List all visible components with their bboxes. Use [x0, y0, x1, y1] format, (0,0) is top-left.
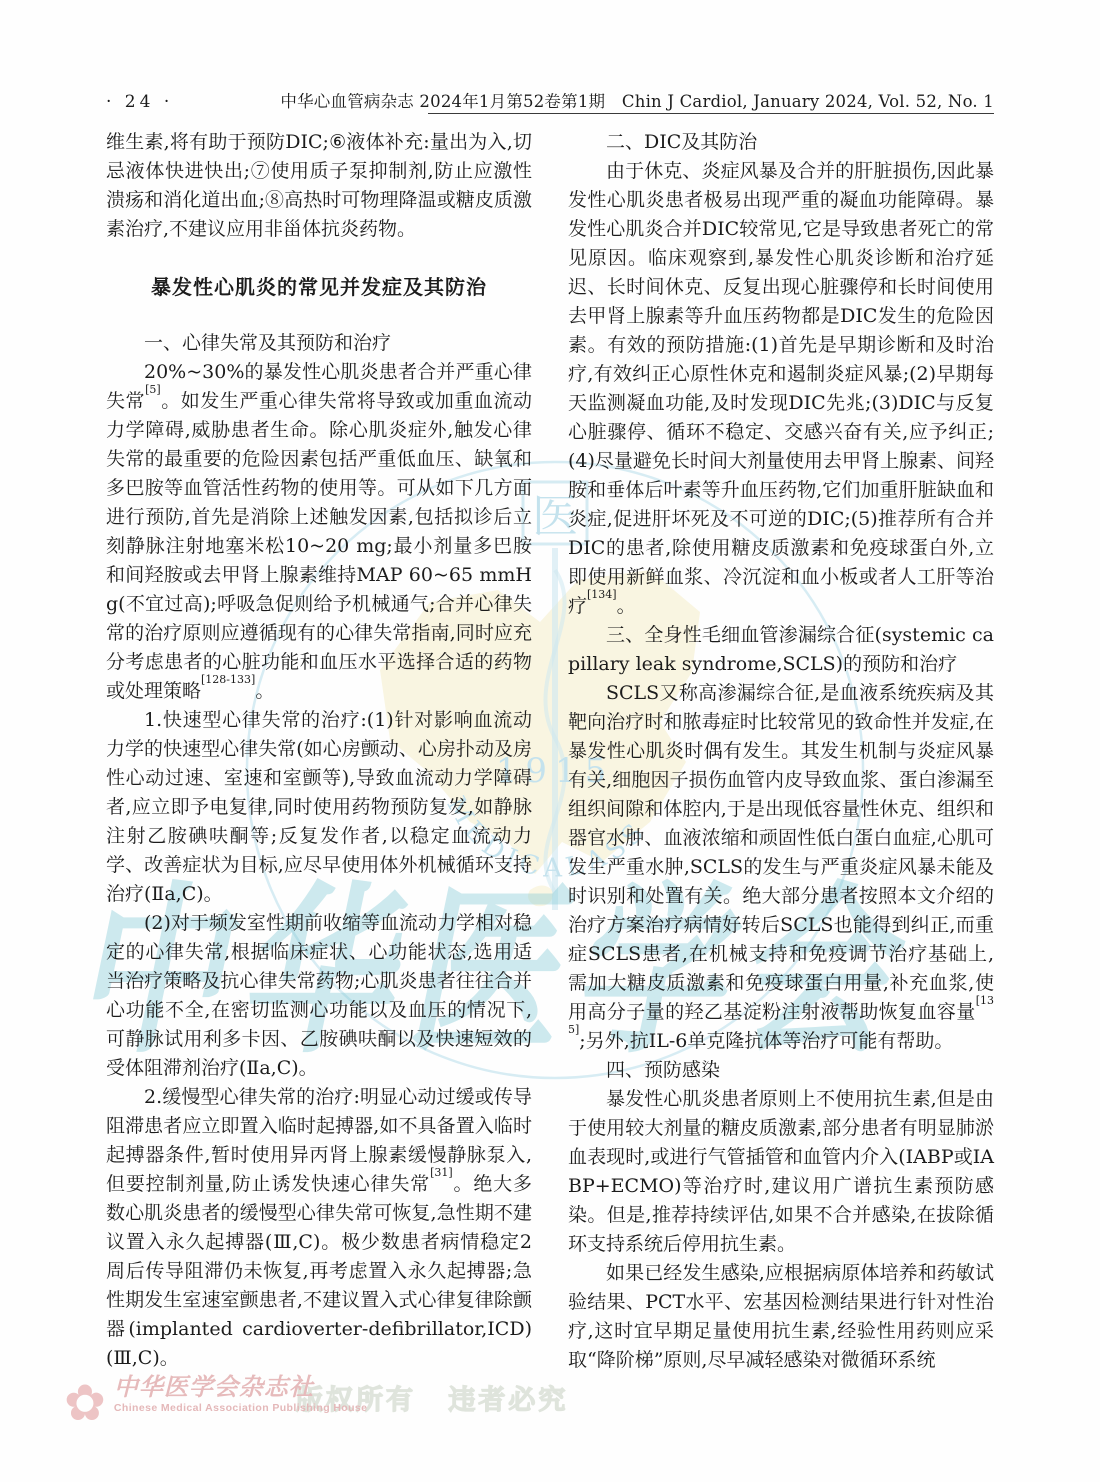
text-segment: 。	[617, 595, 636, 617]
paragraph-scls: SCLS又称高渗漏综合征,是血液系统疾病及其靶向治疗时和脓毒症时比较常见的致命性…	[568, 679, 994, 1056]
reference-superscript: [134]	[587, 588, 617, 601]
paragraph-bradyarrhythmia: 2.缓慢型心律失常的治疗:明显心动过缓或传导阻滞患者应立即置入临时起搏器,如不具…	[106, 1083, 532, 1373]
paragraph-infection-treatment: 如果已经发生感染,应根据病原体培养和药敏试验结果、PCT水平、宏基因检测结果进行…	[568, 1259, 994, 1375]
paragraph-dic: 由于休克、炎症风暴及合并的肝脏损伤,因此暴发性心肌炎患者极易出现严重的凝血功能障…	[568, 157, 994, 621]
text-segment: 。绝大多数心肌炎患者的缓慢型心律失常可恢复,急性期不建议置入永久起搏器(Ⅲ,C)…	[106, 1173, 532, 1369]
paragraph-infection-prevention: 暴发性心肌炎患者原则上不使用抗生素,但是由于使用较大剂量的糖皮质激素,部分患者有…	[568, 1085, 994, 1259]
text-segment: 。如发生严重心律失常将导致或加重血流动力学障碍,威胁患者生命。除心肌炎症外,触发…	[106, 390, 532, 702]
text-segment: 。	[255, 680, 274, 702]
section-heading: 暴发性心肌炎的常见并发症及其防治	[106, 271, 532, 300]
left-column: 维生素,将有助于预防DIC;⑥液体补充:量出为入,切忌液体快进快出;⑦使用质子泵…	[106, 128, 532, 1375]
reference-superscript: [5]	[145, 383, 161, 396]
subsection-heading-3: 三、全身性毛细血管渗漏综合征(systemic capillary leak s…	[568, 621, 994, 679]
publisher-name-script: 中华医学会杂志社	[114, 1374, 368, 1400]
text-segment: 由于休克、炎症风暴及合并的肝脏损伤,因此暴发性心肌炎患者极易出现严重的凝血功能障…	[568, 160, 994, 617]
publisher-name-english: Chinese Medical Association Publishing H…	[114, 1402, 368, 1414]
right-column: 二、DIC及其防治 由于休克、炎症风暴及合并的肝脏损伤,因此暴发性心肌炎患者极易…	[568, 128, 994, 1375]
subsection-heading-4: 四、预防感染	[568, 1056, 994, 1085]
page-header: · 24 · 中华心血管病杂志 2024年1月第52卷第1期 Chin J Ca…	[106, 88, 994, 112]
reference-superscript: [128-133]	[201, 673, 255, 686]
article-body: 维生素,将有助于预防DIC;⑥液体补充:量出为入,切忌液体快进快出;⑦使用质子泵…	[106, 128, 994, 1375]
publisher-watermark: ✿ 中华医学会杂志社 Chinese Medical Association P…	[64, 1374, 367, 1424]
publisher-name-block: 中华医学会杂志社 Chinese Medical Association Pub…	[114, 1374, 368, 1414]
reference-superscript: [31]	[430, 1166, 453, 1179]
text-segment: ;另外,抗IL-6单克隆抗体等治疗可能有帮助。	[579, 1030, 953, 1052]
page-number: · 24 ·	[106, 92, 173, 112]
paragraph-tachyarrhythmia: 1.快速型心律失常的治疗:(1)针对影响血流动力学的快速型心律失常(如心房颤动、…	[106, 706, 532, 909]
publisher-flower-icon: ✿	[64, 1378, 106, 1428]
subsection-heading-1: 一、心律失常及其预防和治疗	[106, 329, 532, 358]
text-segment: SCLS又称高渗漏综合征,是血液系统疾病及其靶向治疗时和脓毒症时比较常见的致命性…	[568, 682, 994, 1023]
paragraph-stable-arrhythmia: (2)对于频发室性期前收缩等血流动力学相对稳定的心律失常,根据临床症状、心功能状…	[106, 909, 532, 1083]
paragraph-arrhythmia-overview: 20%~30%的暴发性心肌炎患者合并严重心律失常[5]。如发生严重心律失常将导致…	[106, 358, 532, 706]
subsection-heading-2: 二、DIC及其防治	[568, 128, 994, 157]
paragraph-continuation: 维生素,将有助于预防DIC;⑥液体补充:量出为入,切忌液体快进快出;⑦使用质子泵…	[106, 128, 532, 244]
header-rule	[428, 113, 994, 114]
copyright-watermark: 版权所有 违者必究	[296, 1378, 568, 1417]
journal-page: 医 1915 MEDICALASS 中华医学会 版权所有 违者必究 ✿ 中华医学…	[0, 0, 1100, 1482]
journal-citation: 中华心血管病杂志 2024年1月第52卷第1期 Chin J Cardiol, …	[280, 88, 994, 112]
